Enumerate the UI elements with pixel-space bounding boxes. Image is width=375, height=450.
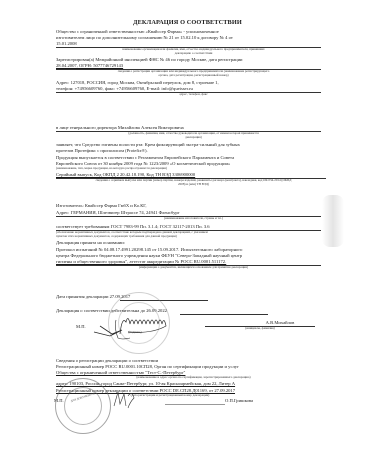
accepted-date-label: Дата принятия декларации: [56, 294, 108, 299]
applicant-caption-2: декларацию о соответствии: [56, 52, 331, 56]
divider: [165, 404, 225, 405]
document-title: ДЕКЛАРАЦИЯ О СООТВЕТСТВИИ: [0, 19, 375, 26]
certification-body-stamp: ДЛЯ ДОКУМЕНТОВ: [55, 378, 111, 434]
registration-line-1: Зарегистрирован(а) Межрайонной инспекцие…: [56, 57, 331, 62]
representative-line: в лице генерального директора Михайлова …: [56, 125, 331, 130]
reg-info-heading: Сведения о регистрации декларации о соот…: [56, 358, 331, 363]
product-line-2: протезов Протефикс с прополисом (Protefi…: [56, 148, 331, 153]
basis-line-2: центра Федерального бюджетного учреждени…: [56, 253, 331, 258]
manufacturer-caption: (наименование изготовителя, страны и т.п…: [56, 217, 331, 221]
conformity-caption-2: пунктов этих нормативных документов, сод…: [56, 235, 331, 239]
address-line-2: телефон: +74956609760, факс: +7495660976…: [56, 86, 331, 91]
product-caption: (наименование, тип, марка продукции, на …: [56, 167, 331, 171]
reg-info-caption-1: (наименование и адрес органа по сертифик…: [56, 376, 331, 380]
product-line-3: Продукция выпускается в соответствии с Р…: [56, 155, 331, 160]
basis-line-1: Протокол испытаний № 04.08.17.4991.20298…: [56, 247, 331, 252]
registration-line-2: 28.04.2007, ОГРН: 5077746729143: [56, 63, 331, 68]
address-line-1: Адрес: 127018, РОССИЯ, город Москва, Окт…: [56, 80, 331, 85]
product-serial-caption-2: 2008) и (или) ТН ВЭД): [56, 183, 331, 187]
applicant-line-2: изготовителем лицо по дополнительному со…: [56, 35, 331, 40]
address-caption: адрес, телефон, факс: [56, 93, 331, 97]
signer-caption: (инициалы, фамилия): [205, 327, 315, 331]
signature-caption: (подпись): [120, 331, 150, 335]
basis-heading: Декларация принята на основании:: [56, 240, 331, 245]
declaration-page: ДЕКЛАРАЦИЯ О СООТВЕТСТВИИ Общество с огр…: [0, 0, 375, 450]
applicant-line-1: Общество с ограниченной ответственностью…: [56, 29, 331, 34]
signer-name: А.В.Михайлов: [240, 320, 320, 325]
basis-caption: (информация о документах, являющихся осн…: [56, 266, 331, 270]
reg-info-line-1: Регистрационный номер РОСС RU.0001.10СП2…: [56, 364, 331, 369]
manufacturer-line-1: Изготовитель: Квайссер Фарма ГмбХ и Ко.К…: [56, 203, 331, 208]
registration-caption-2: органа, дата регистрации, регистрационны…: [56, 74, 331, 78]
product-serial-line: Серийный выпуск, Код ОКПД 2 20.42.18.190…: [56, 172, 331, 177]
accepted-date-line: Дата принятия декларации 27.09.2017: [56, 294, 331, 299]
applicant-line-3: 15.01.2008: [56, 41, 331, 46]
representative-caption-2: декларация): [56, 136, 331, 140]
conformity-line: соответствует требованиям ГОСТ 7983-99 П…: [56, 224, 331, 229]
manufacturer-line-2: Адрес: ГЕРМАНИЯ, Шлезвигер Штрассе 74, 2…: [56, 210, 331, 215]
product-line-1: заявляет, что Средство гигиены полости р…: [56, 142, 331, 147]
basis-line-3: гигиены и общественного здоровья", аттес…: [56, 259, 331, 264]
reg-info-signer: О.П.Гришкова: [225, 398, 285, 403]
divider: [180, 314, 268, 315]
